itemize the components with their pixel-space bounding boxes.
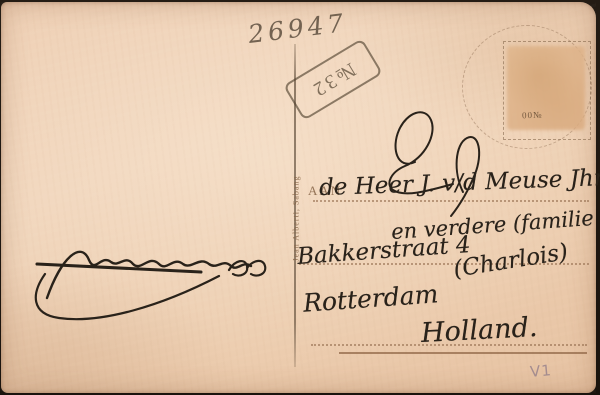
signature-scribble	[47, 252, 251, 298]
address-country: Holland.	[420, 312, 538, 349]
pencil-catalogue-number: 26947	[247, 8, 349, 49]
control-stamp-label: №32	[306, 57, 359, 101]
signature-underloop	[36, 274, 219, 319]
control-stamp-box: №32	[283, 38, 383, 121]
pencil-collector-mark: V1	[529, 361, 552, 381]
address-underline	[339, 352, 587, 354]
signature-end-loops	[229, 261, 265, 276]
signature-strike	[37, 264, 201, 272]
stamp-small-text: 00№	[522, 110, 543, 121]
postcard-photo: 26947 №32 Jean Alberti, Sabang 00№ AAN d…	[0, 0, 600, 395]
address-dotted-line-1	[313, 200, 589, 202]
address-recipient: de Heer J. v/d Meuse Jhr.	[319, 165, 600, 201]
stamp-outline-box	[503, 41, 591, 140]
address-city: Rotterdam	[302, 279, 439, 317]
postcard-back: 26947 №32 Jean Alberti, Sabang 00№ AAN d…	[1, 2, 596, 393]
